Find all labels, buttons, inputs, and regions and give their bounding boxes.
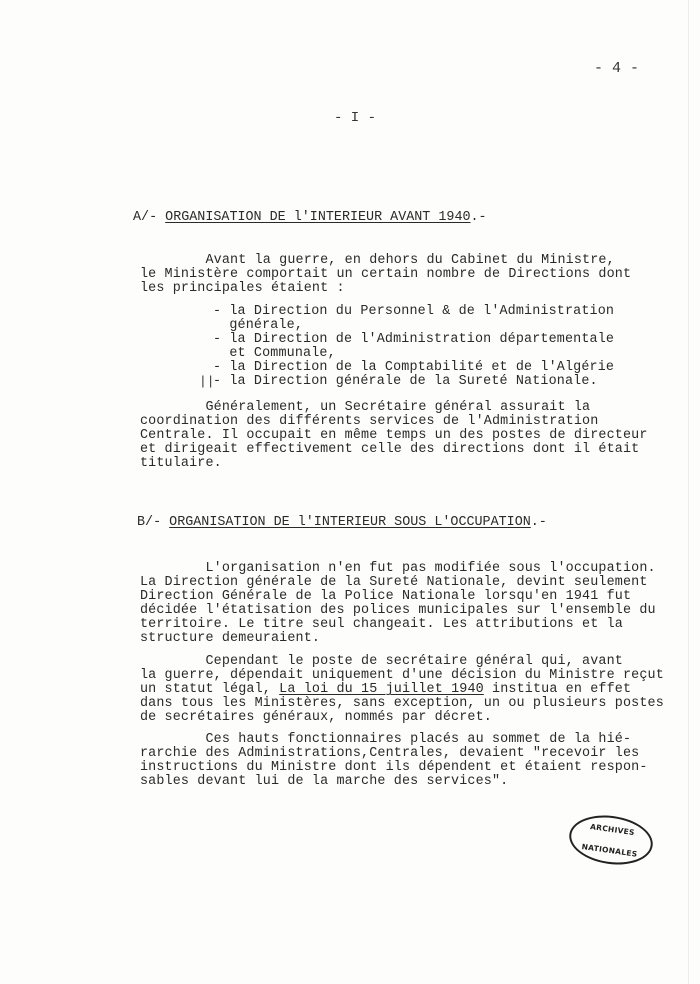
section-b-p1-line: La Direction générale de la Sureté Natio… bbox=[140, 576, 648, 590]
margin-mark: || bbox=[199, 374, 215, 389]
section-b-p3-line: Ces hauts fonctionnaires placés au somme… bbox=[140, 733, 631, 747]
section-b-p1-line: Direction Générale de la Police National… bbox=[140, 590, 631, 604]
section-b-title: ORGANISATION DE l'INTERIEUR SOUS L'OCCUP… bbox=[169, 515, 531, 530]
section-a-p1-line: Avant la guerre, en dehors du Cabinet du… bbox=[140, 254, 615, 268]
section-a-p2-line: coordination des différents services de … bbox=[140, 415, 598, 429]
directions-list-item: et Communale, bbox=[213, 347, 336, 361]
section-a-p1-line: le Ministère comportait un certain nombr… bbox=[140, 268, 631, 282]
section-b-p1-line: territoire. Le titre seul changeait. Les… bbox=[140, 618, 623, 632]
section-b-p3-line: rarchie des Administrations,Centrales, d… bbox=[140, 747, 639, 761]
section-a-p1-line: les principales étaient : bbox=[140, 282, 345, 296]
directions-list-item: - la Direction de la Comptabilité et de … bbox=[213, 361, 614, 375]
section-a-p2-line: Centrale. Il occupait en même temps un d… bbox=[140, 429, 648, 443]
section-b-p2-line: de secrétaires généraux, nommés par décr… bbox=[140, 711, 492, 725]
document-page: - 4 - - I - A/- ORGANISATION DE l'INTERI… bbox=[0, 0, 700, 984]
section-a-p2-line: Généralement, un Secrétaire général assu… bbox=[140, 401, 590, 415]
institua-text: institua en effet bbox=[484, 682, 631, 697]
directions-list-item: - la Direction générale de la Sureté Nat… bbox=[213, 375, 598, 389]
directions-list-item: - la Direction de l'Administration dépar… bbox=[213, 333, 614, 347]
section-b-p2-line: Cependant le poste de secrétaire général… bbox=[140, 655, 623, 669]
section-b-p1-line: L'organisation n'en fut pas modifiée sou… bbox=[140, 562, 656, 576]
section-a-suffix: .- bbox=[471, 210, 487, 225]
section-b-p1-line: décidée l'étatisation des polices munici… bbox=[140, 604, 656, 618]
section-b-p2-line: un statut légal, La loi du 15 juillet 19… bbox=[140, 683, 631, 697]
section-a-p2-line: titulaire. bbox=[140, 457, 222, 471]
section-b-p2-line: dans tous les Ministères, sans exception… bbox=[140, 697, 664, 711]
section-a-title: ORGANISATION DE l'INTERIEUR AVANT 1940 bbox=[165, 210, 470, 225]
section-b-p1-line: structure demeuraient. bbox=[140, 632, 320, 646]
stamp-top-text: ARCHIVES bbox=[572, 820, 652, 840]
statut-legal-text: un statut légal, bbox=[140, 682, 279, 697]
section-a-prefix: A/- bbox=[133, 210, 165, 225]
part-number: - I - bbox=[334, 110, 376, 126]
section-a-heading: A/- ORGANISATION DE l'INTERIEUR AVANT 19… bbox=[133, 211, 487, 225]
law-reference: La loi du 15 juillet 1940 bbox=[279, 682, 484, 697]
section-b-suffix: .- bbox=[531, 515, 547, 530]
section-b-p2-line: la guerre, dépendait uniquement d'une dé… bbox=[140, 669, 664, 683]
page-number: - 4 - bbox=[594, 60, 639, 77]
section-b-p3-line: sables devant lui de la marche des servi… bbox=[140, 775, 508, 789]
section-b-p3-line: instructions du Ministre dont ils dépend… bbox=[140, 761, 648, 775]
directions-list-item: - la Direction du Personnel & de l'Admin… bbox=[213, 305, 614, 319]
archives-nationales-stamp: ARCHIVES NATIONALES bbox=[566, 810, 656, 869]
section-a-p2-line: et dirigeait effectivement celle des dir… bbox=[140, 443, 639, 457]
section-b-heading: B/- ORGANISATION DE l'INTERIEUR SOUS L'O… bbox=[137, 516, 547, 530]
stamp-bottom-text: NATIONALES bbox=[569, 840, 649, 860]
page-edge-line bbox=[688, 0, 689, 984]
section-b-prefix: B/- bbox=[137, 515, 169, 530]
directions-list-item: générale, bbox=[213, 319, 303, 333]
